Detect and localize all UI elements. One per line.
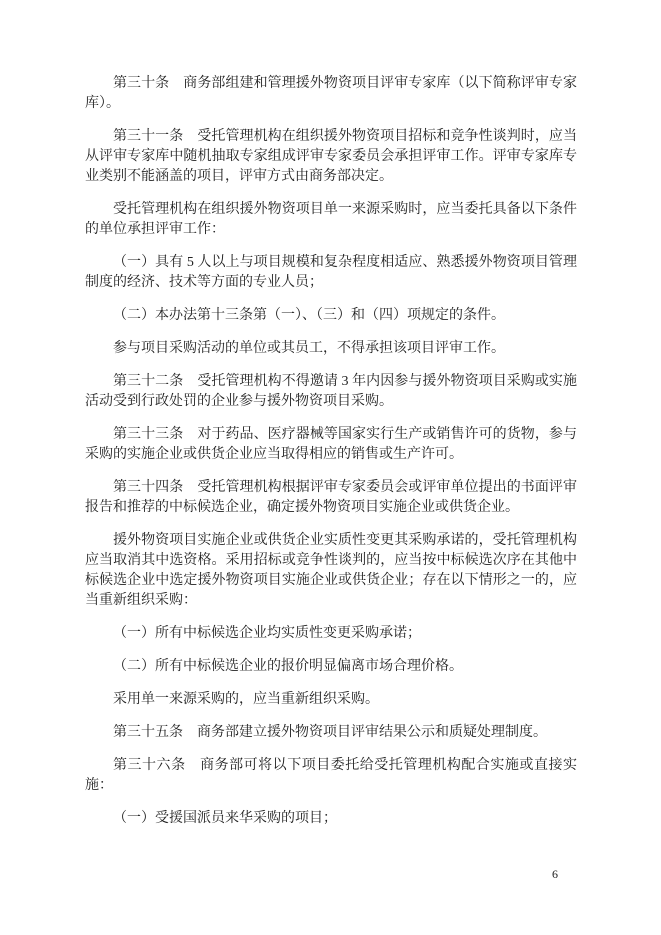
paragraph: 援外物资项目实施企业或供货企业实质性变更其采购承诺的，受托管理机构应当取消其中选… — [85, 531, 577, 611]
document-text: 第三十条 商务部组建和管理援外物资项目评审专家库（以下简称评审专家库）。第三十一… — [85, 74, 577, 829]
paragraph: 采用单一来源采购的，应当重新组织采购。 — [85, 690, 577, 710]
paragraph: 第三十二条 受托管理机构不得邀请 3 年内因参与援外物资项目采购或实施活动受到行… — [85, 372, 577, 412]
paragraph: 第三十一条 受托管理机构在组织援外物资项目招标和竞争性谈判时，应当从评审专家库中… — [85, 127, 577, 187]
paragraph: 第三十六条 商务部可将以下项目委托给受托管理机构配合实施或直接实施： — [85, 756, 577, 796]
paragraph: 第三十五条 商务部建立援外物资项目评审结果公示和质疑处理制度。 — [85, 723, 577, 743]
paragraph: （二）本办法第十三条第（一）、（三）和（四）项规定的条件。 — [85, 306, 577, 326]
paragraph: （一）所有中标候选企业均实质性变更采购承诺； — [85, 624, 577, 644]
paragraph: 第三十三条 对于药品、医疗器械等国家实行生产或销售许可的货物，参与采购的实施企业… — [85, 425, 577, 465]
paragraph: 第三十四条 受托管理机构根据评审专家委员会或评审单位提出的书面评审报告和推荐的中… — [85, 478, 577, 518]
paragraph: 第三十条 商务部组建和管理援外物资项目评审专家库（以下简称评审专家库）。 — [85, 74, 577, 114]
page-number: 6 — [552, 867, 558, 882]
paragraph: （一）具有 5 人以上与项目规模和复杂程度相适应、熟悉援外物资项目管理制度的经济… — [85, 253, 577, 293]
paragraph: 参与项目采购活动的单位或其员工，不得承担该项目评审工作。 — [85, 339, 577, 359]
document-page: 第三十条 商务部组建和管理援外物资项目评审专家库（以下简称评审专家库）。第三十一… — [0, 0, 661, 935]
paragraph: （二）所有中标候选企业的报价明显偏离市场合理价格。 — [85, 657, 577, 677]
paragraph: （一）受援国派员来华采购的项目； — [85, 809, 577, 829]
paragraph: 受托管理机构在组织援外物资项目单一来源采购时，应当委托具备以下条件的单位承担评审… — [85, 200, 577, 240]
